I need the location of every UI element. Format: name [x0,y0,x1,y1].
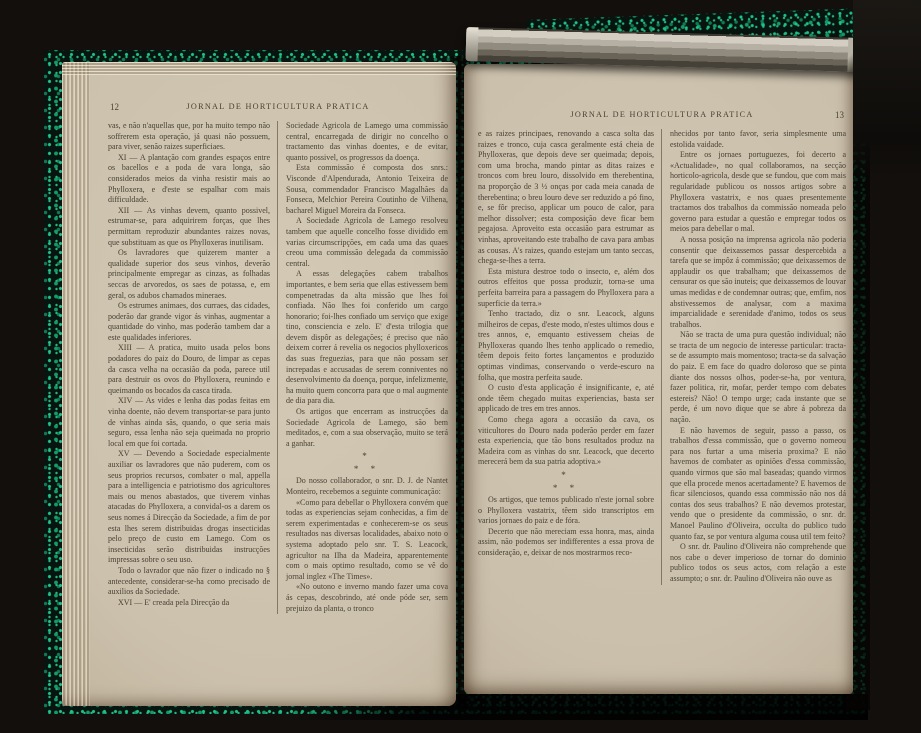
paragraph: nhecidos por tanto favor, seria simplesm… [670,129,846,150]
paragraph: «No outono e inverno mando fazer uma cov… [286,582,448,614]
left-page-number: 12 [110,102,119,112]
paragraph: A Sociedade Agricola de Lamego resolveu … [286,216,448,269]
page-edge-stack-left [62,62,90,706]
paragraph: XVI — E' creada pela Direcção da [108,598,270,609]
paragraph: Os estrumes animaes, dos curraes, das ci… [108,301,270,343]
asterism-separator: * [286,452,448,462]
text-column: Sociedade Agricola de Lamego uma commiss… [277,121,448,614]
paragraph: XIV — As vides e lenha das podas feitas … [108,396,270,449]
paragraph: Não se tracta de uma pura questão indivi… [670,330,846,425]
paragraph: A essas delegações cabem trabalhos impor… [286,269,448,407]
paragraph: Os lavradores que quizerem manter a qual… [108,248,270,301]
paragraph: Todo o lavrador que não fizer o indicado… [108,566,270,598]
journal-title: JORNAL DE HORTICULTURA PRATICA [570,110,753,119]
paragraph: Tenho tractado, diz o snr. Leacock, algu… [478,309,654,383]
right-page-text-block: JORNAL DE HORTICULTURA PRATICA 13 e as r… [478,110,846,585]
paragraph: XI — A plantação com grandes espaços ent… [108,153,270,206]
text-column: vas, e não n'aquellas que, por ha muito … [108,121,270,614]
paragraph: E não havemos de seguir, passo a passo, … [670,426,846,543]
paragraph: vas, e não n'aquellas que, por ha muito … [108,121,270,153]
left-page-columns: vas, e não n'aquellas que, por ha muito … [108,121,448,614]
asterism-separator: * * [478,484,654,494]
paragraph: Sociedade Agricola de Lamego uma commiss… [286,121,448,163]
journal-title: JORNAL DE HORTICULTURA PRATICA [186,102,369,111]
book-clamp-shadow [853,0,921,178]
paragraph: Os artigos que encerram as instrucções d… [286,407,448,449]
asterism-separator: * * [286,465,448,475]
text-column: e as raizes principaes, renovando a casc… [478,129,654,585]
paragraph: Como chega agora a occasião da cava, os … [478,415,654,468]
paragraph: «Como para debellar o Phylloxera convém … [286,498,448,583]
left-page-header: 12 JORNAL DE HORTICULTURA PRATICA [108,102,448,114]
paragraph: XV — Devendo a Sociedade especialmente a… [108,449,270,566]
page-edge-stack-top [62,62,456,75]
text-column: nhecidos por tanto favor, seria simplesm… [661,129,846,585]
paragraph: Decerto que não mereciam essa honra, mas… [478,527,654,559]
paragraph: A nossa posição na imprensa agricola não… [670,235,846,330]
paragraph: Entre os jornaes portuguezes, foi decert… [670,150,846,235]
right-page: JORNAL DE HORTICULTURA PRATICA 13 e as r… [464,64,853,694]
paragraph: e as raizes principaes, renovando a casc… [478,129,654,267]
right-page-header: JORNAL DE HORTICULTURA PRATICA 13 [478,110,846,122]
paragraph: O custo d'esta applicação é insignifican… [478,383,654,415]
left-page: 12 JORNAL DE HORTICULTURA PRATICA vas, e… [62,62,456,706]
paragraph: Do nosso collaborador, o snr. D. J. de N… [286,476,448,497]
paragraph: Os artigos, que temos publicado n'este j… [478,495,654,527]
paragraph: Esta mistura destroe todo o insecto, e, … [478,267,654,309]
paragraph: XIII — A pratica, muito usada pelos bons… [108,343,270,396]
paragraph: XII — As vinhas devem, quanto possivel, … [108,206,270,248]
book-photograph: 12 JORNAL DE HORTICULTURA PRATICA vas, e… [0,0,921,733]
paragraph: Esta commissão é composta dos snrs.: Vis… [286,163,448,216]
right-page-columns: e as raizes principaes, renovando a casc… [478,129,846,585]
asterism-separator: * [478,471,654,481]
paragraph: O snr. dr. Paulino d'Oliveira não compre… [670,542,846,584]
right-page-number: 13 [835,110,844,120]
left-page-text-block: 12 JORNAL DE HORTICULTURA PRATICA vas, e… [108,102,448,614]
